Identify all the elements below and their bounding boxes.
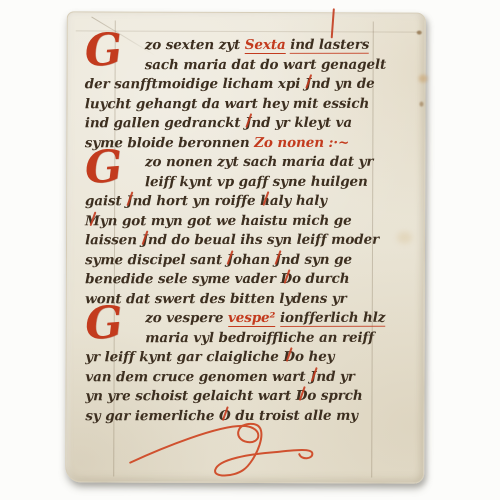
text-segment: yn got myn got we haistu mich ge bbox=[100, 212, 352, 228]
text-segment: D bbox=[280, 271, 292, 287]
manuscript-line: ind gallen gedranckt Jnd yr kleyt va bbox=[85, 114, 411, 134]
text-segment: zo sexten zyt bbox=[145, 37, 245, 53]
text-segment: nd do beual ihs syn leiff moder bbox=[148, 232, 379, 248]
manuscript-line: gaist Jnd hort yn roiffe haly haly bbox=[85, 192, 411, 212]
text-segment: Zo nonen :·~ bbox=[254, 134, 349, 150]
text-segment: nd yn de bbox=[311, 76, 375, 92]
pen-flourish bbox=[115, 404, 330, 490]
text-segment: syme discipel sant bbox=[85, 252, 227, 268]
text-segment: D bbox=[296, 388, 308, 404]
text-segment: gaist bbox=[85, 193, 126, 209]
text-segment: leiff kynt vp gaff syne huilgen bbox=[145, 173, 368, 189]
text-segment: yn yre schoist gelaicht wart bbox=[85, 388, 295, 404]
text-segment: J bbox=[227, 252, 233, 268]
rubricated-initial: G bbox=[83, 143, 142, 191]
text-segment: vespe² bbox=[228, 310, 275, 327]
text-segment: Sexta bbox=[245, 37, 286, 54]
manuscript-line: benedide sele syme vader Do durch bbox=[85, 270, 411, 290]
text-segment: ionfferlich hlz bbox=[280, 310, 385, 327]
text-segment: D bbox=[283, 349, 295, 365]
stain bbox=[417, 31, 422, 35]
manuscript-leaf: Gzo sexten zyt Sexta ind lasterssach mar… bbox=[65, 11, 426, 483]
text-segment: o durch bbox=[292, 271, 349, 287]
manuscript-line: luycht gehangt da wart hey mit essich bbox=[85, 94, 411, 114]
text-segment: zo vespere bbox=[145, 310, 228, 326]
rubricated-initial: G bbox=[84, 299, 143, 347]
manuscript-line: yr leiff kynt gar claigliche Do hey bbox=[85, 348, 411, 368]
text-segment: h bbox=[260, 193, 270, 209]
manuscript-line: laissen Jnd do beual ihs syn leiff moder bbox=[85, 231, 411, 251]
stain bbox=[419, 102, 423, 107]
text-segment: sach maria dat do wart genagelt bbox=[145, 56, 386, 72]
text-segment: M bbox=[85, 213, 100, 229]
text-segment: benedide sele syme vader bbox=[85, 271, 280, 287]
text-segment: J bbox=[126, 193, 132, 209]
rubricated-initial: G bbox=[83, 26, 142, 74]
text-segment: luycht gehangt da wart hey mit essich bbox=[85, 95, 369, 111]
stain bbox=[419, 75, 428, 83]
text-segment: der sanfftmoidige licham xpi bbox=[85, 76, 305, 92]
text-segment: nd syn ge bbox=[281, 251, 352, 267]
photo-background: Gzo sexten zyt Sexta ind lasterssach mar… bbox=[0, 0, 500, 500]
text-segment: nd yr bbox=[316, 368, 354, 384]
text-segment: ind lasters bbox=[290, 37, 369, 54]
manuscript-line: van dem cruce genomen wart Jnd yr bbox=[85, 367, 411, 387]
text-segment: nd hort yn roiffe bbox=[133, 193, 261, 209]
text-segment: van dem cruce genomen wart bbox=[85, 368, 310, 384]
text-segment: o hey bbox=[295, 349, 334, 365]
text-segment: J bbox=[310, 368, 316, 384]
text-segment: ohan bbox=[233, 251, 275, 267]
text-segment: J bbox=[275, 251, 281, 267]
text-segment: laissen bbox=[85, 232, 142, 248]
text-segment: aly haly bbox=[270, 193, 327, 209]
text-segment: maria vyl bedroiffliche an reiff bbox=[145, 329, 374, 345]
manuscript-line: Myn got myn got we haistu mich ge bbox=[85, 211, 411, 231]
text-segment: J bbox=[142, 232, 148, 248]
text-segment: yr leiff kynt gar claigliche bbox=[85, 349, 283, 365]
text-segment: nd yr kleyt va bbox=[251, 115, 352, 131]
text-block: Gzo sexten zyt Sexta ind lasterssach mar… bbox=[85, 36, 412, 427]
manuscript-line: syme discipel sant Johan Jnd syn ge bbox=[85, 250, 411, 270]
text-segment: ind gallen gedranckt bbox=[85, 115, 245, 131]
manuscript-line: der sanfftmoidige licham xpi Jnd yn de bbox=[85, 75, 411, 95]
text-segment: J bbox=[305, 76, 311, 92]
text-segment: J bbox=[245, 115, 251, 131]
text-segment: zo nonen zyt sach maria dat yr bbox=[145, 154, 373, 170]
red-pen-mark bbox=[331, 8, 335, 38]
text-segment: o sprch bbox=[307, 388, 362, 404]
